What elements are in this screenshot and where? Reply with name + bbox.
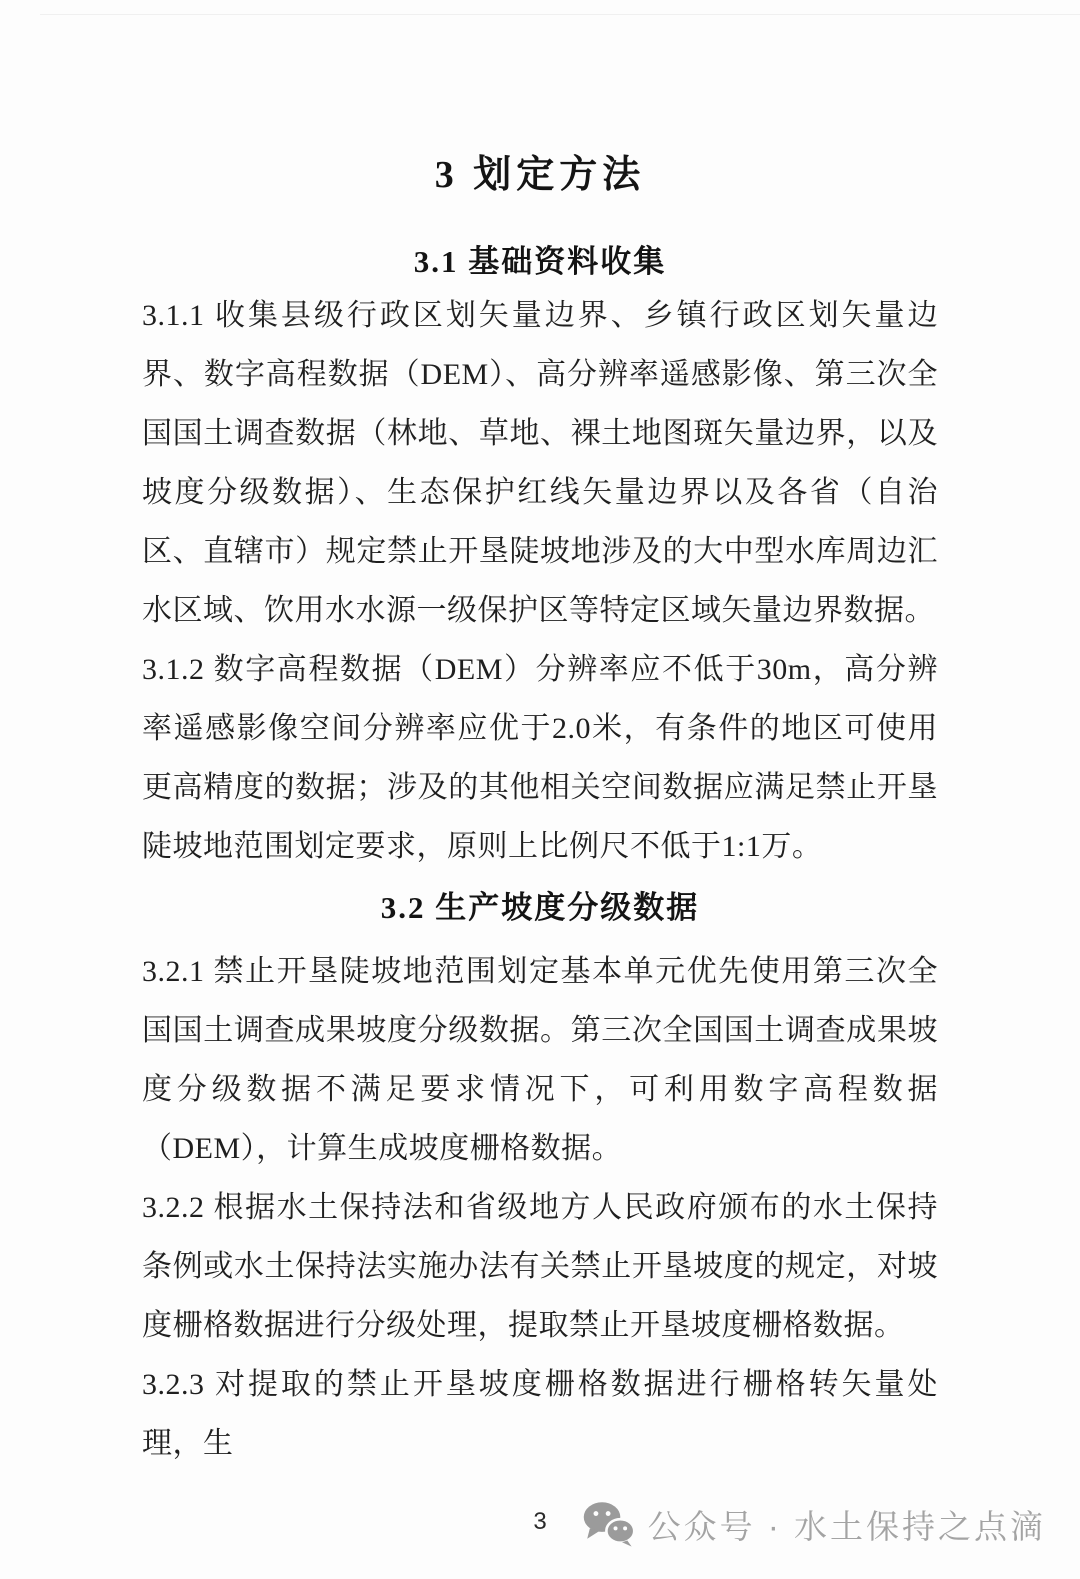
watermark-text: 公众号 · 水土保持之点滴 (648, 1501, 1046, 1548)
paragraph-3-1-2: 3.1.2 数字高程数据（DEM）分辨率应不低于30m，高分辨率遥感影像空间分辨… (142, 640, 938, 876)
section-heading-3-1: 3.1 基础资料收集 (0, 242, 1080, 282)
paragraph-3-2-1: 3.2.1 禁止开垦陡坡地范围划定基本单元优先使用第三次全国国土调查成果坡度分级… (142, 942, 938, 1178)
document-page: 3 划定方法 3.1 基础资料收集 3.1.1 收集县级行政区划矢量边界、乡镇行… (0, 0, 1080, 1579)
document-title: 3 划定方法 (0, 0, 1080, 200)
wechat-icon (582, 1500, 636, 1548)
watermark: 公众号 · 水土保持之点滴 (582, 1500, 1046, 1548)
paragraph-3-2-2: 3.2.2 根据水土保持法和省级地方人民政府颁布的水土保持条例或水土保持法实施办… (142, 1178, 938, 1355)
paragraph-3-2-3: 3.2.3 对提取的禁止开垦坡度栅格数据进行栅格转矢量处理，生 (142, 1355, 938, 1473)
section-heading-3-2: 3.2 生产坡度分级数据 (0, 888, 1080, 928)
paragraph-3-1-1: 3.1.1 收集县级行政区划矢量边界、乡镇行政区划矢量边界、数字高程数据（DEM… (142, 286, 938, 640)
scan-edge-line (40, 14, 1080, 15)
